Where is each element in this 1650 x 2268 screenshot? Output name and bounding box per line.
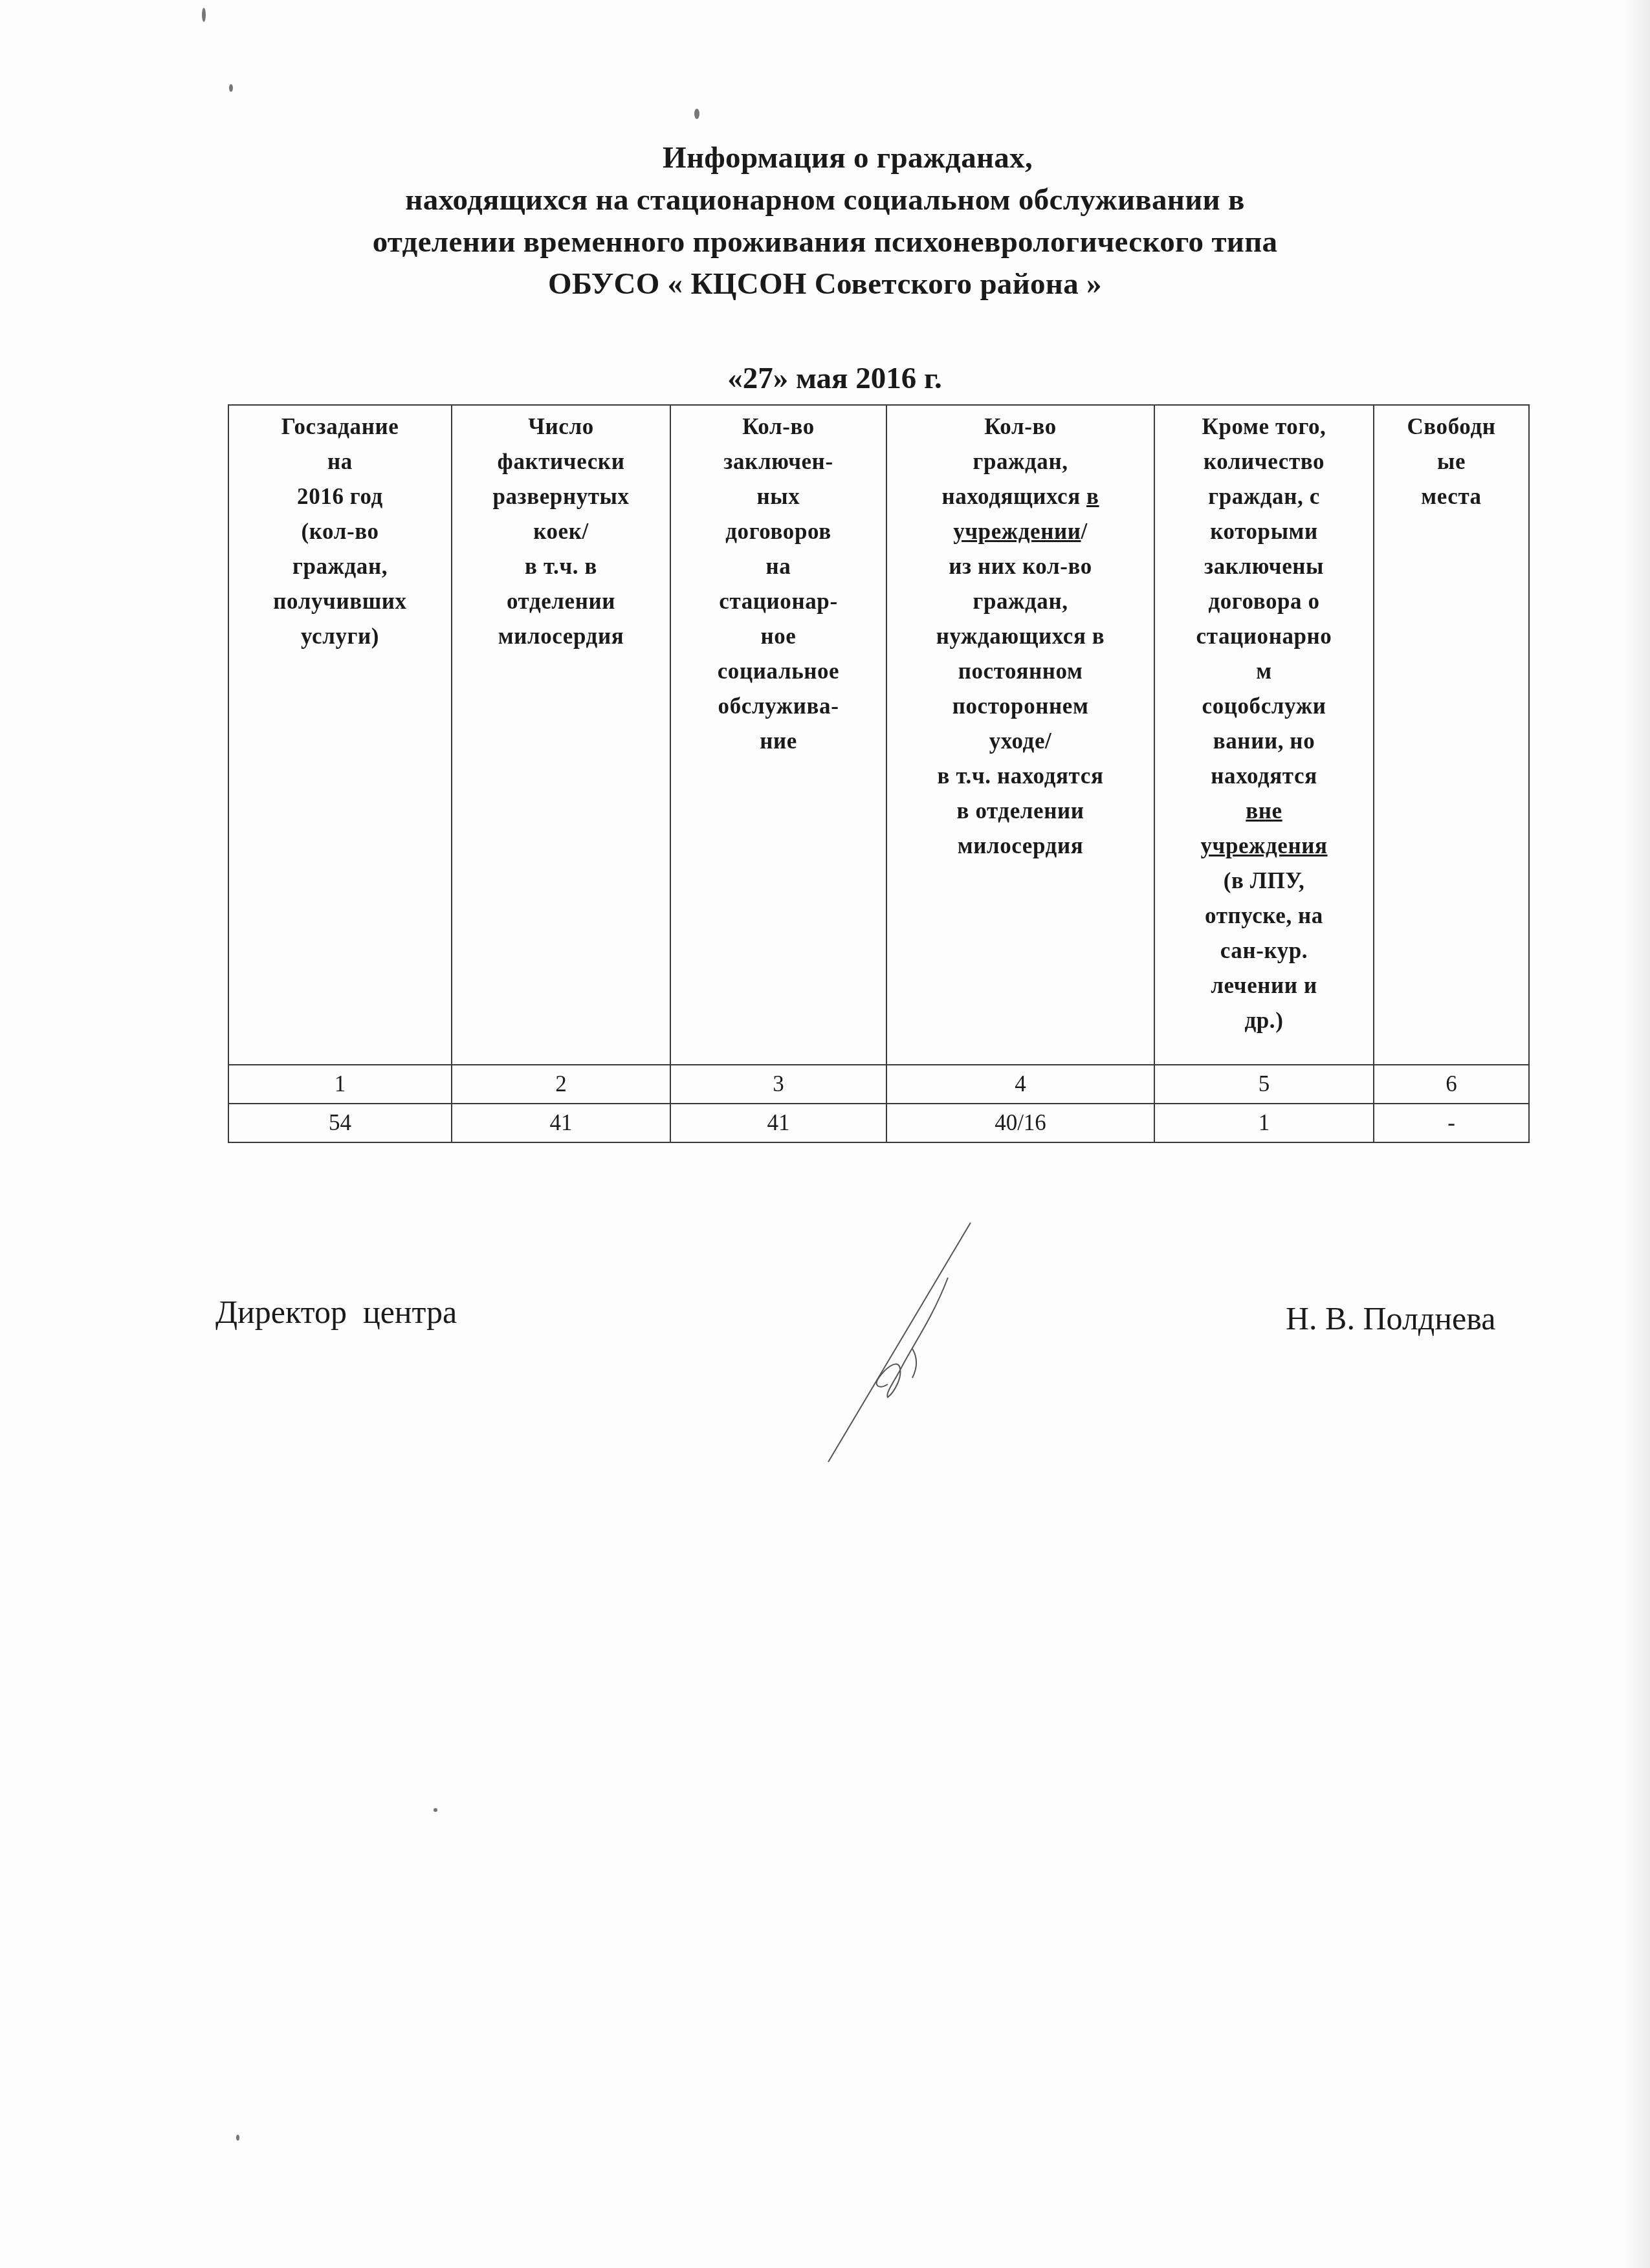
header-line: заключены xyxy=(1204,554,1324,579)
header-free-places: Свободныеместа xyxy=(1374,405,1529,1065)
header-line: уходе/ xyxy=(989,728,1052,754)
title-line: отделении временного проживания психонев… xyxy=(0,221,1650,263)
header-line: обслужива- xyxy=(718,693,839,719)
header-line: граждан, с xyxy=(1208,484,1320,509)
header-line: в т.ч. в xyxy=(525,554,597,579)
column-number: 6 xyxy=(1374,1065,1529,1104)
scan-speck xyxy=(434,1808,437,1812)
header-citizens-outside: Кроме того,количествограждан, скоторымиз… xyxy=(1154,405,1374,1065)
header-line: в т.ч. находятся xyxy=(938,763,1104,789)
column-number: 5 xyxy=(1154,1065,1374,1104)
header-deployed-beds: Числофактическиразвернутыхкоек/в т.ч. во… xyxy=(452,405,670,1065)
header-line: на xyxy=(327,449,353,474)
header-line: ных xyxy=(757,484,800,509)
header-line: лечении и xyxy=(1211,973,1317,998)
header-line: отпуске, на xyxy=(1205,903,1323,928)
header-line: фактически xyxy=(498,449,625,474)
header-state-assignment: Госзаданиена2016 год(кол-вограждан,получ… xyxy=(228,405,452,1065)
header-line: места xyxy=(1421,484,1481,509)
header-line: учреждения xyxy=(1200,833,1327,858)
header-line: граждан, xyxy=(292,554,388,579)
header-line: договоров xyxy=(725,519,831,544)
header-citizens-in-institution: Кол-вограждан,находящихся вучреждении/из… xyxy=(886,405,1154,1065)
header-line: милосердия xyxy=(498,624,624,649)
title-line: Информация о гражданах, xyxy=(0,137,1650,179)
scan-speck xyxy=(236,2135,239,2141)
title-line: ОБУСО « КЦСОН Советского района » xyxy=(0,263,1650,305)
header-line: постоянном xyxy=(958,659,1083,684)
header-line: ное xyxy=(760,624,796,649)
header-line: стационарно xyxy=(1196,624,1332,649)
header-line: 2016 год xyxy=(297,484,383,509)
table-header-row: Госзаданиена2016 год(кол-вограждан,получ… xyxy=(228,405,1529,1065)
header-line: Госзадание xyxy=(281,414,399,439)
header-line: социальное xyxy=(718,659,840,684)
header-line: (кол-во xyxy=(301,519,379,544)
header-line: коек/ xyxy=(533,519,589,544)
header-line: сан-кур. xyxy=(1220,938,1308,963)
scan-speck xyxy=(229,84,233,92)
signatory-position: Директор центра xyxy=(215,1292,457,1331)
header-line: отделении xyxy=(507,589,615,614)
header-line: милосердия xyxy=(958,833,1083,858)
header-line: граждан, xyxy=(973,589,1068,614)
scan-page-edge xyxy=(1624,0,1650,2268)
report-table: Госзаданиена2016 год(кол-вограждан,получ… xyxy=(228,404,1530,1143)
header-contracts: Кол-возаключен-ныхдоговоровнастационар-н… xyxy=(670,405,886,1065)
header-line: ние xyxy=(760,728,797,754)
header-line: ые xyxy=(1437,449,1466,474)
header-line: находящихся в xyxy=(941,484,1099,509)
header-line: вне xyxy=(1246,798,1282,823)
cell-citizens-in-institution: 40/16 xyxy=(886,1104,1154,1142)
cell-contracts: 41 xyxy=(670,1104,886,1142)
header-line: в отделении xyxy=(957,798,1084,823)
table-column-numbers-row: 1 2 3 4 5 6 xyxy=(228,1065,1529,1104)
header-line: учреждении/ xyxy=(953,519,1088,544)
document-date: «27» мая 2016 г. xyxy=(0,358,1650,400)
header-line: находятся xyxy=(1211,763,1317,789)
header-line: заключен- xyxy=(723,449,833,474)
header-line: постороннем xyxy=(952,693,1089,719)
header-line: количество xyxy=(1204,449,1325,474)
header-line: граждан, xyxy=(973,449,1068,474)
cell-deployed-beds: 41 xyxy=(452,1104,670,1142)
header-line: получивших xyxy=(273,589,406,614)
column-number: 3 xyxy=(670,1065,886,1104)
header-line: соцобслужи xyxy=(1202,693,1326,719)
header-line: вании, но xyxy=(1213,728,1315,754)
header-line: на xyxy=(766,554,791,579)
header-line: Кол-во xyxy=(984,414,1057,439)
header-line: Кол-во xyxy=(742,414,815,439)
signatory-name: Н. В. Полднева xyxy=(1286,1299,1495,1338)
table-row: 54 41 41 40/16 1 - xyxy=(228,1104,1529,1142)
scan-speck xyxy=(202,8,206,22)
document-title: Информация о гражданах, находящихся на с… xyxy=(0,137,1650,305)
header-line: (в ЛПУ, xyxy=(1224,868,1305,893)
header-line: договора о xyxy=(1208,589,1319,614)
column-number: 1 xyxy=(228,1065,452,1104)
scan-speck xyxy=(694,109,699,119)
header-line: м xyxy=(1256,659,1271,684)
header-line: Кроме того, xyxy=(1202,414,1326,439)
header-line: услуги) xyxy=(301,624,379,649)
title-line: находящихся на стационарном социальном о… xyxy=(0,179,1650,221)
signature-icon xyxy=(802,1216,984,1475)
header-line: из них кол-во xyxy=(949,554,1092,579)
header-line: нуждающихся в xyxy=(936,624,1105,649)
header-line: Число xyxy=(528,414,594,439)
header-line: стационар- xyxy=(719,589,837,614)
column-number: 2 xyxy=(452,1065,670,1104)
cell-state-assignment: 54 xyxy=(228,1104,452,1142)
header-line: развернутых xyxy=(492,484,629,509)
header-line: Свободн xyxy=(1407,414,1495,439)
cell-citizens-outside: 1 xyxy=(1154,1104,1374,1142)
column-number: 4 xyxy=(886,1065,1154,1104)
header-line: др.) xyxy=(1245,1008,1284,1033)
cell-free-places: - xyxy=(1374,1104,1529,1142)
header-line: которыми xyxy=(1210,519,1318,544)
